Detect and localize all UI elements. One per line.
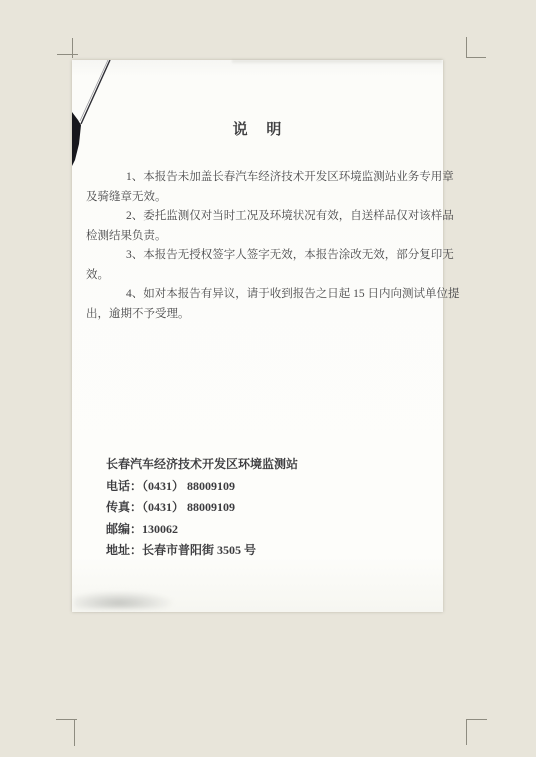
note-line: 4、如对本报告有异议，请于收到报告之日起 15 日内向测试单位提 — [86, 285, 426, 305]
scan-smudge — [74, 591, 174, 609]
note-line: 效。 — [86, 266, 426, 286]
crop-mark-bottom-left — [74, 719, 75, 746]
address-line: 地址：长春市普阳街 3505 号 — [106, 540, 298, 562]
note-line: 及骑缝章无效。 — [86, 188, 426, 208]
phone-label: 电话： — [106, 479, 142, 493]
crop-mark-top-right — [466, 57, 486, 58]
note-line: 2、委托监测仅对当时工况及环境状况有效，自送样品仅对该样品 — [86, 207, 426, 227]
phone-value: （0431） 88009109 — [142, 479, 235, 493]
page-title: 说 明 — [72, 118, 443, 139]
postcode-line: 邮编：130062 — [106, 519, 298, 541]
crop-mark-top-left — [72, 38, 73, 58]
phone-line: 电话：（0431） 88009109 — [106, 476, 298, 498]
contact-section: 长春汽车经济技术开发区环境监测站 电话：（0431） 88009109 传真：（… — [106, 454, 298, 562]
postcode-label: 邮编： — [106, 522, 142, 536]
note-line: 3、本报告无授权签字人签字无效，本报告涂改无效，部分复印无 — [86, 246, 426, 266]
scanned-report-canvas: 说 明 1、本报告未加盖长春汽车经济技术开发区环境监测站业务专用章 及骑缝章无效… — [0, 0, 536, 757]
crop-mark-bottom-right — [466, 719, 467, 745]
fax-label: 传真： — [106, 500, 142, 514]
address-label: 地址： — [106, 543, 142, 557]
note-line: 1、本报告未加盖长春汽车经济技术开发区环境监测站业务专用章 — [86, 168, 426, 188]
scan-smudge — [232, 60, 442, 64]
address-value: 长春市普阳街 3505 号 — [142, 543, 256, 557]
postcode-value: 130062 — [142, 522, 178, 536]
fax-line: 传真：（0431） 88009109 — [106, 497, 298, 519]
note-line: 出，逾期不予受理。 — [86, 305, 426, 325]
crop-mark-top-right — [466, 37, 467, 58]
fax-value: （0431） 88009109 — [142, 500, 235, 514]
notes-section: 1、本报告未加盖长春汽车经济技术开发区环境监测站业务专用章 及骑缝章无效。 2、… — [86, 168, 426, 324]
org-name: 长春汽车经济技术开发区环境监测站 — [106, 454, 298, 476]
crop-mark-bottom-right — [466, 719, 487, 720]
note-line: 检测结果负责。 — [86, 227, 426, 247]
crop-mark-top-left — [57, 54, 78, 55]
paper-sheet: 说 明 1、本报告未加盖长春汽车经济技术开发区环境监测站业务专用章 及骑缝章无效… — [72, 60, 443, 612]
